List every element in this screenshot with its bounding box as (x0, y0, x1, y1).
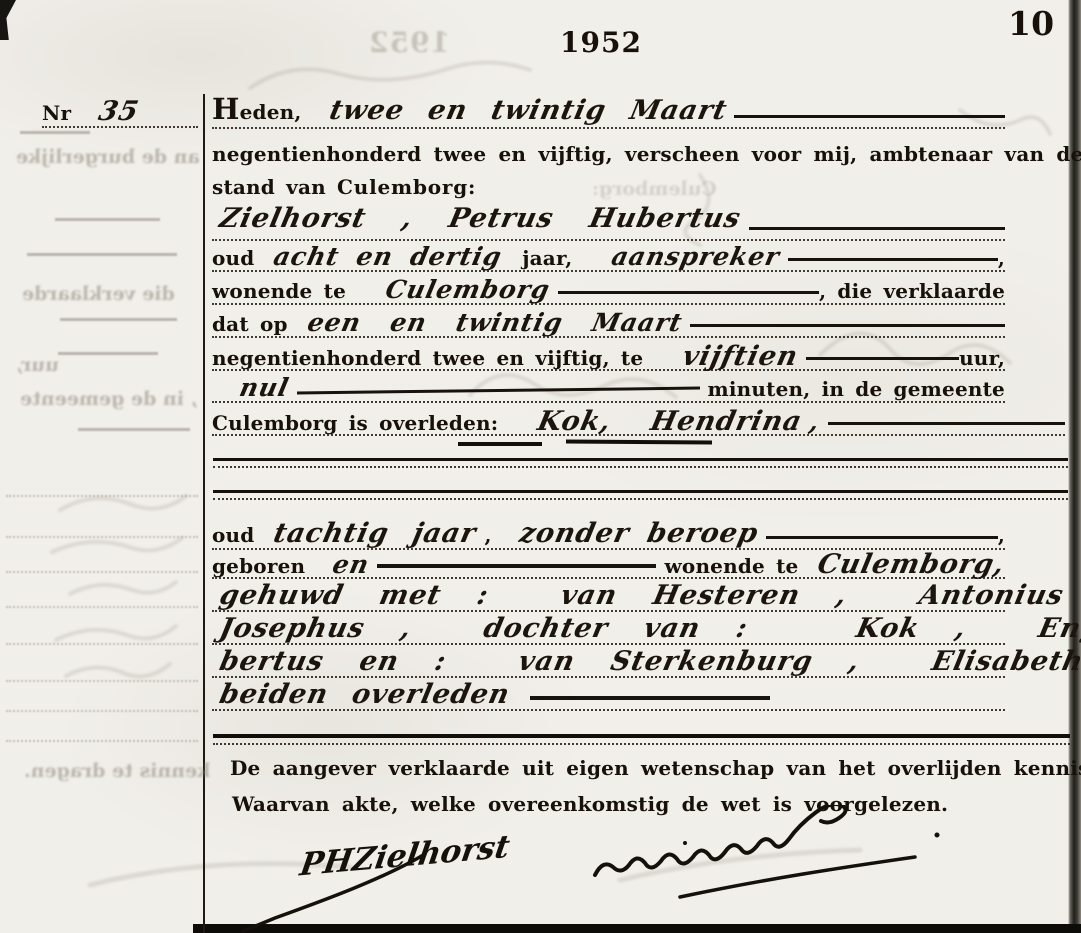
margin-faint-line (6, 606, 198, 608)
nr-label: Nr (42, 101, 71, 125)
minuten-label: minuten, in de gemeente (708, 377, 1005, 401)
geboren-entry: en (330, 550, 372, 579)
deceased-surname-entry: Kok, (535, 406, 615, 437)
occupation-entry: aanspreker (609, 242, 783, 271)
margin-faint-line (6, 680, 198, 682)
margin-faint-line (6, 710, 198, 712)
row-deceased-age: oud tachtig jaar , zonder beroep , (212, 518, 1005, 550)
bleedthrough-uur: uur, (16, 354, 59, 376)
filler-dash (558, 291, 819, 294)
wonende-te-label: wonende te (212, 279, 346, 303)
trailing-comma: , (998, 246, 1005, 270)
filler-dash (788, 258, 998, 261)
closing-rule (213, 734, 1070, 745)
filler-dash (377, 564, 656, 568)
filler-dash (766, 536, 998, 539)
registrar-signature-scrawl (585, 805, 1025, 905)
mother-entry: bertus en : van Sterkenburg , Elisabeth … (217, 646, 1081, 677)
bleedthrough-dash (60, 318, 177, 321)
filler-dash (734, 115, 1005, 118)
margin-faint-line (6, 643, 198, 645)
page-right-edge (1068, 0, 1081, 933)
row-spouse: gehuwd met : van Hesteren , Antonius (212, 580, 1005, 612)
bleedthrough-burgerlijke: an de burgerlijke (16, 146, 200, 168)
age-entry: acht en dertig (271, 242, 505, 271)
die-verklaarde-label: , die verklaarde (819, 279, 1005, 303)
stand-van-label: stand van (212, 175, 337, 199)
row-heden: Heden, twee en twintig Maart (212, 95, 1005, 129)
filler-dash (690, 324, 1005, 327)
deceased-occupation-entry: zonder beroep (516, 518, 761, 549)
beiden-overleden-entry: beiden overleden (217, 679, 513, 710)
underline-surname (458, 442, 542, 446)
geboren-label: geboren (212, 554, 305, 578)
row-deceased-name: Culemborg is overleden: Kok, Hendrina , (212, 406, 1065, 436)
row-closing-2: Waarvan akte, welke overeenkomstig de we… (232, 792, 1022, 818)
row-parents-1: Josephus , dochter van : Kok , Engel- (212, 613, 1005, 645)
father-entry: Josephus , dochter van : Kok , Engel- (217, 613, 1081, 644)
blank-line-struck-2 (213, 490, 1068, 500)
margin-nr-row: Nr 35 (42, 96, 198, 128)
year-header-bleedthrough: 1952 (368, 26, 450, 59)
nr-value: 35 (96, 96, 142, 127)
page-number: 10 (1008, 4, 1054, 43)
spouse-entry: gehuwd met : van Hesteren , Antonius (217, 580, 1067, 611)
filler-dash (806, 357, 959, 360)
dat-op-label: dat op (212, 312, 288, 336)
minutes-entry: nul (237, 373, 292, 402)
wonende-te-label: wonende te (664, 554, 798, 578)
margin-faint-line (6, 495, 198, 497)
filler-dash (828, 422, 1065, 425)
row-year-officiant: negentienhonderd twee en vijftig, versch… (212, 142, 1005, 168)
bleedthrough-dash (58, 352, 158, 355)
filler-dash (530, 696, 770, 700)
hour-entry: vijftien (680, 341, 801, 372)
underline-firstname (566, 439, 712, 444)
deceased-age-entry: tachtig jaar (271, 518, 480, 549)
row-closing-1: De aangever verklaarde uit eigen wetensc… (230, 756, 1020, 782)
row-parents-2: bertus en : van Sterkenburg , Elisabeth … (212, 646, 1005, 678)
death-certificate-scan: 1952 1952 10 Nr 35 Heden, twee en twinti… (0, 0, 1081, 933)
bleedthrough-dash (55, 218, 160, 221)
margin-divider-rule (203, 94, 205, 933)
row-declarant-name: Zielhorst , Petrus Hubertus (212, 203, 1005, 241)
uur-label: uur, (959, 346, 1005, 370)
margin-faint-line (6, 740, 198, 742)
row-parents-deceased: beiden overleden (212, 679, 1005, 711)
deceased-firstname-entry: Hendrina (648, 406, 805, 437)
bleedthrough-dragen: kennis te dragen. (24, 760, 210, 782)
closing-sentence-2: Waarvan akte, welke overeenkomstig de we… (232, 792, 948, 816)
overleden-label: Culemborg is overleden: (212, 411, 498, 435)
jaar-label: jaar, (522, 246, 572, 270)
year-header: 1952 (560, 26, 642, 59)
closing-sentence-1: De aangever verklaarde uit eigen wetensc… (230, 756, 1081, 780)
bleedthrough-culemborg: Culemborg: (592, 178, 717, 200)
trailing-comma: , (998, 523, 1005, 547)
residence-entry: Culemborg (383, 275, 553, 304)
row-deceased-residence: geboren en wonende te Culemborg, (212, 549, 1005, 579)
bleedthrough-dash (27, 253, 177, 256)
printed-line-2: negentienhonderd twee en vijftig, versch… (212, 142, 1081, 166)
row-death-minutes: nul minuten, in de gemeente (212, 373, 1005, 403)
comma: , (485, 523, 492, 547)
deceased-name-comma: , (807, 407, 823, 436)
page-bottom-edge (193, 924, 1081, 933)
oud-label: oud (212, 523, 254, 547)
oud-label: oud (212, 246, 254, 270)
bleedthrough-verklaarde: die verklaarde (22, 283, 175, 305)
year-te-label: negentienhonderd twee en vijftig, te (212, 346, 643, 370)
municipality-name: Culemborg: (337, 175, 476, 199)
declarant-name-entry: Zielhorst , Petrus Hubertus (217, 203, 744, 234)
bleedthrough-dash (78, 428, 190, 431)
margin-faint-line (6, 536, 198, 538)
filler-dash (749, 227, 1005, 230)
heden-label: Heden, (212, 98, 302, 124)
date-written-entry: twee en twintig Maart (326, 95, 729, 126)
row-declarant-residence: wonende te Culemborg , die verklaarde (212, 275, 1005, 305)
row-declarant-age: oud acht en dertig jaar, aanspreker , (212, 242, 1005, 272)
death-date-entry: een en twintig Maart (305, 308, 685, 337)
filler-dash (297, 387, 700, 395)
bleedthrough-dash (20, 131, 90, 134)
row-death-hour: negentienhonderd twee en vijftig, te vij… (212, 341, 1005, 371)
deceased-residence-entry: Culemborg, (815, 549, 1008, 580)
margin-faint-line (6, 571, 198, 573)
bleedthrough-gemeente: , in de gemeente (20, 388, 197, 410)
scan-corner-mark (0, 0, 16, 40)
row-death-date: dat op een en twintig Maart (212, 308, 1005, 338)
blank-line-struck-1 (213, 458, 1068, 468)
declarant-signature: PHZielhorst (297, 829, 512, 884)
